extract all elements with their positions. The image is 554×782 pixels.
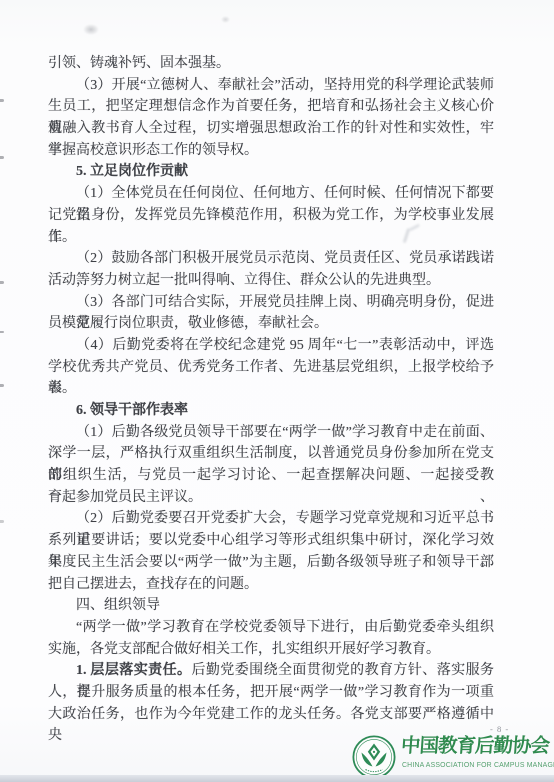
text-line: 的组织生活，与党员一起学习讨论、一起查摆解决问题、一起接受教育、 (48, 465, 494, 487)
text-line: 作。 (48, 227, 494, 249)
scan-smudge (83, 24, 99, 35)
scan-edge-speck (0, 520, 4, 523)
text-line: 5. 立足岗位作贡献 (48, 161, 494, 183)
text-line: 系列重要讲话；要以党委中心组学习等形式组织集中研讨，深化学习效果。 (48, 530, 494, 552)
text-line: （1）后勤各级党员领导干部要在“两学一做”学习教育中走在前面、 (48, 422, 494, 444)
text-line: 深学一层，严格执行双重组织生活制度，以普通党员身份参加所在党支部 (48, 443, 494, 465)
text-line: 大政治任务，也作为今年党建工作的龙头任务。各党支部要严格遵循中央 (48, 704, 494, 726)
text-line: 记党员身份，发挥党员先锋模范作用，积极为党工作，为学校事业发展工 (48, 205, 494, 227)
text-line: （2）后勤党委要召开党委扩大会，专题学习党章党规和习近平总书记 (48, 508, 494, 530)
text-line: 引领、铸魂补钙、固本强基。 (48, 53, 494, 75)
text-line: 掌握高校意识形态工作的领导权。 (48, 140, 494, 162)
text-line: “两学一做”学习教育在学校党委领导下进行，由后勤党委牵头组织 (48, 617, 494, 639)
scan-edge-speck (0, 331, 4, 333)
association-logo: 中国教育后勤协会 CHINA ASSOCIATION FOR CAMPUS MA… (350, 734, 554, 778)
logo-name-en: CHINA ASSOCIATION FOR CAMPUS MANAGEMENT (402, 762, 554, 769)
text-body: 引领、铸魂补钙、固本强基。（3）开展“立德树人、奉献社会”活动，坚持用党的科学理… (48, 53, 494, 725)
text-line: 活动，努力树立起一批叫得响、立得住、群众公认的先进典型。 (48, 270, 494, 292)
scanned-document-page: 引领、铸魂补钙、固本强基。（3）开展“立德树人、奉献社会”活动，坚持用党的科学理… (0, 0, 554, 782)
text-line: 把自己摆进去，查找存在的问题。 (48, 574, 494, 596)
scan-smudge (221, 16, 230, 23)
scan-edge-speck (0, 156, 4, 159)
text-line: 1. 层层落实责任。后勤党委围绕全面贯彻党的教育方针、落实服务育 (48, 660, 494, 682)
text-line: 年度民主生活会要以“两学一做”为主题，后勤各级领导班子和领导干部 (48, 552, 494, 574)
scan-edge-speck (0, 281, 4, 284)
text-line: 生员工，把坚定理想信念作为首要任务，把培育和弘扬社会主义核心价值 (48, 96, 494, 118)
text-line: 实施，各党支部配合做好相关工作，扎实组织开展好学习教育。 (48, 639, 494, 661)
scan-bottom-band (0, 775, 554, 782)
text-line: 观融入教书育人全过程，切实增强思想政治工作的针对性和实效性，牢牢 (48, 118, 494, 140)
campus-management-association-emblem-icon (352, 735, 396, 779)
text-line: （3）开展“立德树人、奉献社会”活动，坚持用党的科学理论武装师 (48, 75, 494, 97)
text-line: （2）鼓励各部门积极开展党员示范岗、党员责任区、党员承诺践诺等 (48, 248, 494, 270)
logo-name-cn: 中国教育后勤协会 (400, 736, 552, 758)
scan-edge-speck (0, 99, 4, 102)
text-line: 四、组织领导 (48, 595, 494, 617)
page-number: - 8 - (490, 724, 509, 734)
text-line: 彰。 (48, 378, 494, 400)
text-line: 6. 领导干部作表率 (48, 400, 494, 422)
text-line: 人，提升服务质量的根本任务，把开展“两学一做”学习教育作为一项重 (48, 682, 494, 704)
text-line: 学校优秀共产党员、优秀党务工作者、先进基层党组织，上报学校给予表 (48, 357, 494, 379)
text-line: （4）后勤党委将在学校纪念建党 95 周年“七一”表彰活动中，评选 (48, 335, 494, 357)
scan-edge-speck (0, 384, 4, 387)
text-line: （1）全体党员在任何岗位、任何地方、任何时候、任何情况下都要铭 (48, 183, 494, 205)
text-line: 员模范履行岗位职责，敬业修德，奉献社会。 (48, 313, 494, 335)
text-line: （3）各部门可结合实际，开展党员挂牌上岗、明确亮明身份，促进党 (48, 292, 494, 314)
